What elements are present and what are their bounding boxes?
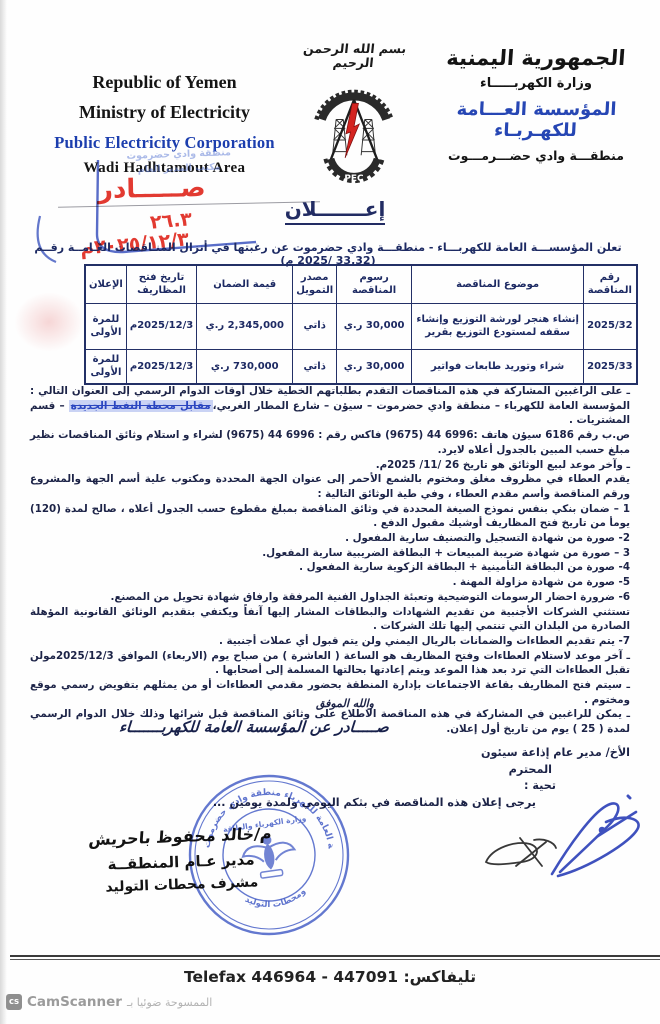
camscanner-icon: cs [6,994,22,1010]
cell-open-date: 2025/12/3م [126,303,196,349]
col-subject: موضوع المناقصة [412,265,584,303]
telefax-numbers: Telefax 446964 - 447091 [184,968,398,986]
address-struck-out: مقابل محطة النفط الجديدة [69,400,213,412]
condition-address: ـ على الراغبين المشاركة في هذه المناقصات… [30,384,630,428]
cell-subject: إنشاء هنجر لورشة التوزيع وإنشاء سقفه لمس… [412,303,584,349]
cell-open-date: 2025/12/3م [126,349,196,384]
cell-announcement: للمرة الأولى [85,349,126,384]
cell-fee: 30,000 ر.ي [337,349,412,384]
col-open-date: تاريخ فتح المظاريف [126,265,196,303]
header-logo-block: بسم الله الرحمن الرحيم PEC [296,42,412,195]
condition-pobox: ص.ب رقم 6186 سيؤن هاتف :6996 44 (9675) ف… [30,428,630,457]
table-row: 2025/33 شراء وتوريد طابعات فواتير 30,000… [85,349,637,384]
condition-5: 5- صورة من شهادة مزاولة المهنة . [30,575,630,590]
col-tender-no: رقم المناقصة [584,265,637,303]
black-signature [482,832,562,872]
camscanner-arabic: الممسوحة ضوئيا بـ [127,996,212,1009]
issued-by-line: صـــــادر عن المؤسسة العامة للكهربــــــ… [63,718,444,736]
bismillah-calligraphy: بسم الله الرحمن الرحيم [294,42,413,71]
cell-guarantee: 2,345,000 ر.ي [197,303,293,349]
cell-funding: ذاتي [293,349,337,384]
yemen-eagle-icon [241,833,298,881]
camscanner-brand: CamScanner [27,994,122,1010]
condition-submission-deadline: ـ آخر موعد لاستلام العطاءات وفتح المظاري… [30,649,630,678]
announcement-title-text: إعـــــــلان [285,197,386,225]
country-name: Republic of Yemen [32,72,297,93]
cell-tender-no: 2025/32 [584,303,637,349]
telefax-label: تليفاكس: [403,968,476,986]
republic-arabic: الجمهورية اليمنية [423,46,649,70]
col-fee: رسوم المناقصة [337,265,412,303]
conditions-text: ـ على الراغبين المشاركة في هذه المناقصات… [30,384,630,737]
announcement-title: إعـــــــلان [268,197,402,225]
stamp-bottom-text: ومحطات التوليد [242,886,309,914]
condition-sale-deadline: ـ وآخر موعد لبيع الوثائق هو تاريخ 26 /11… [30,458,630,473]
cell-fee: 30,000 ر.ي [337,303,412,349]
table-row: 2025/32 إنشاء هنجر لورشة التوزيع وإنشاء … [85,303,637,349]
condition-envelope: يقدم العطاء في مظروف مغلق ومختوم بالشمع … [30,472,630,501]
footer-rule [10,955,660,960]
telefax-line: تليفاكس: Telefax 446964 - 447091 [0,968,660,986]
cell-funding: ذاتي [293,303,337,349]
condition-7: 7- يتم تقديم العطاءات والضمانات بالريال … [30,634,630,649]
ministry-arabic: وزارة الكهربـــــاء [424,76,648,91]
condition-foreign-companies: تستثني الشركات الأجنبية من تقديم الشهادا… [30,605,630,634]
cell-subject: شراء وتوريد طابعات فواتير [412,349,584,384]
svg-text:ومحطات التوليد: ومحطات التوليد [242,886,309,914]
cell-guarantee: 730,000 ر.ي [197,349,293,384]
condition-3: 3 – صورة من شهادة ضريبة المبيعات + البطا… [30,546,630,561]
pec-logo-icon: PEC [304,73,404,191]
condition-2: 2- صورة من شهادة التسجيل والتصنيف سارية … [30,531,630,546]
camscanner-watermark: cs CamScanner الممسوحة ضوئيا بـ [6,994,212,1010]
ministry-name: Ministry of Electricity [32,102,297,123]
scan-smudge [14,292,84,352]
official-round-stamp: المؤسسة العامة للكهرباء منطقة وادي حضرمو… [173,759,365,951]
condition-4: 4- صورة من البطاقة التأمينية + البطاقة ا… [30,560,630,575]
col-funding: مصدر التمويل [293,265,337,303]
condition-6: 6- ضرورة احضار الرسومات التوضيحية وتعبئة… [30,590,630,605]
tender-table: رقم المناقصة موضوع المناقصة رسوم المناقص… [84,264,638,385]
cell-announcement: للمرة الأولى [85,303,126,349]
addressee-line: الأخ/ مدير عام إذاعة سيئون [30,745,630,762]
table-header-row: رقم المناقصة موضوع المناقصة رسوم المناقص… [85,265,637,303]
stamp-top-text: وزارة الكهرباء والطاقة [222,813,307,834]
pec-logo-text: PEC [344,174,363,184]
condition-1: 1 – ضمان بنكي بنفس نموذج الصيغة المحددة … [30,502,630,531]
scanned-tender-announcement: Republic of Yemen Ministry of Electricit… [0,0,660,1024]
area-arabic: منطقـــة وادي حضـــرمـــوت [424,148,648,163]
corporation-arabic: المؤسسة العـــامة للكهـربـاء [423,99,649,141]
cell-tender-no: 2025/33 [584,349,637,384]
col-guarantee: قيمة الضمان [197,265,293,303]
god-willing-line: والله الموفق [285,697,405,710]
header-arabic: الجمهورية اليمنية وزارة الكهربـــــاء ال… [424,46,648,163]
col-announcement: الإعلان [85,265,126,303]
